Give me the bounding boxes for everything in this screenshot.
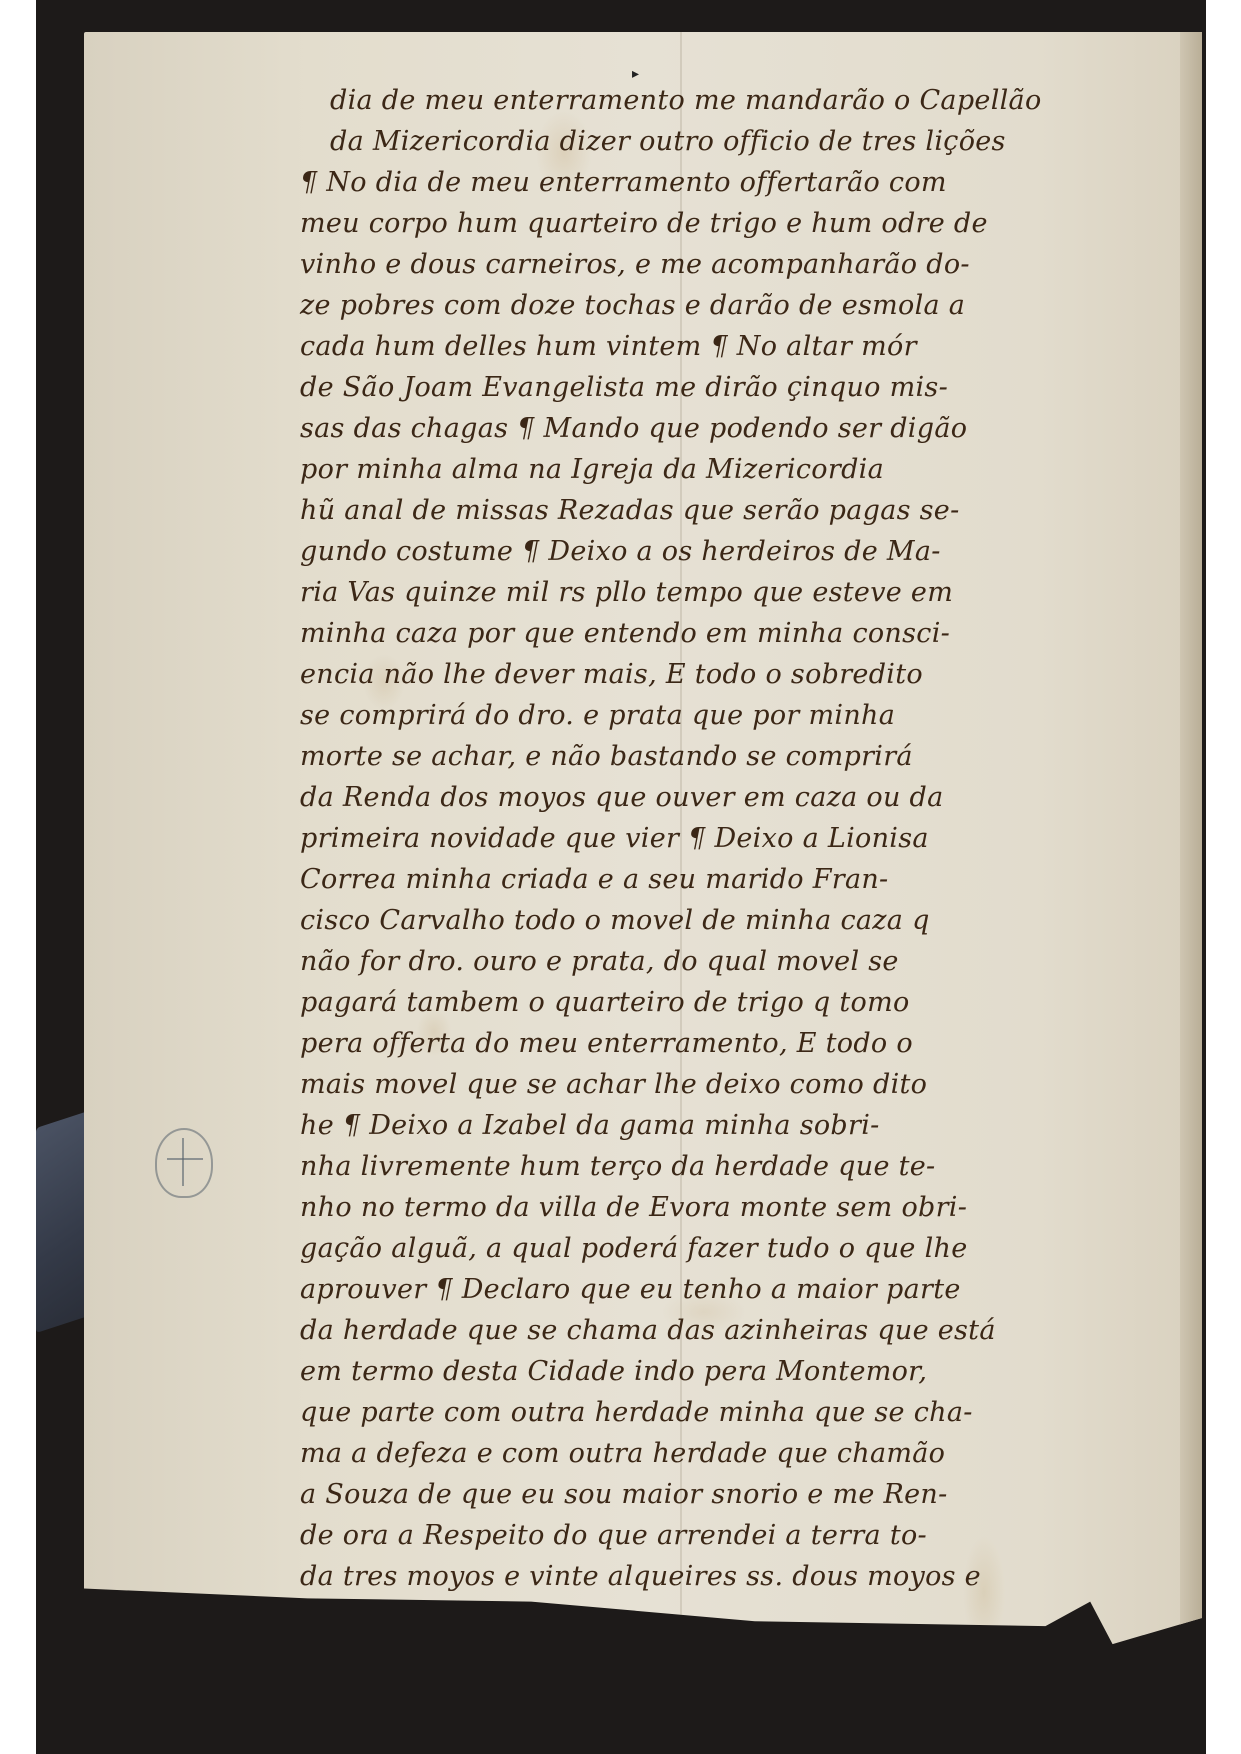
text-line: por minha alma na Igreja da Mizericordia <box>300 449 1130 490</box>
text-line: gação alguã, a qual poderá fazer tudo o … <box>300 1228 1130 1269</box>
text-line: morte se achar, e não bastando se compri… <box>300 736 1130 777</box>
text-line: nha livremente hum terço da herdade que … <box>300 1146 1130 1187</box>
text-line: cada hum delles hum vintem ¶ No altar mó… <box>300 326 1130 367</box>
text-line: que parte com outra herdade minha que se… <box>300 1392 1130 1433</box>
text-line: gundo costume ¶ Deixo a os herdeiros de … <box>300 531 1130 572</box>
circled-cross-stamp-icon <box>155 1128 213 1198</box>
text-line: ma a defeza e com outra herdade que cham… <box>300 1433 1130 1474</box>
text-line: da herdade que se chama das azinheiras q… <box>300 1310 1130 1351</box>
text-line: em termo desta Cidade indo pera Montemor… <box>300 1351 1130 1392</box>
text-line: nho no termo da villa de Evora monte sem… <box>300 1187 1130 1228</box>
text-line: hũ anal de missas Rezadas que serão paga… <box>300 490 1130 531</box>
text-line: pagará tambem o quarteiro de trigo q tom… <box>300 982 1130 1023</box>
text-line: mais movel que se achar lhe deixo como d… <box>300 1064 1130 1105</box>
text-line: ze pobres com doze tochas e darão de esm… <box>300 285 1130 326</box>
text-line: a Souza de que eu sou maior snorio e me … <box>300 1474 1130 1515</box>
text-line: da tres moyos e vinte alqueires ss. dous… <box>300 1556 1130 1597</box>
text-line: da Mizericordia dizer outro officio de t… <box>330 121 1130 162</box>
text-line: aprouver ¶ Declaro que eu tenho a maior … <box>300 1269 1130 1310</box>
text-line: ria Vas quinze mil rs pllo tempo que est… <box>300 572 1130 613</box>
text-line: he ¶ Deixo a Izabel da gama minha sobri- <box>300 1105 1130 1146</box>
text-line: de ora a Respeito do que arrendei a terr… <box>300 1515 1130 1556</box>
page-edge <box>1180 32 1202 1667</box>
text-line: se comprirá do dro. e prata que por minh… <box>300 695 1130 736</box>
text-line: cisco Carvalho todo o movel de minha caz… <box>300 900 1130 941</box>
text-line: encia não lhe dever mais, E todo o sobre… <box>300 654 1130 695</box>
text-line: dia de meu enterramento me mandarão o Ca… <box>330 80 1130 121</box>
text-line: Correa minha criada e a seu marido Fran- <box>300 859 1130 900</box>
text-line: vinho e dous carneiros, e me acompanharã… <box>300 244 1130 285</box>
text-line: ¶ No dia de meu enterramento offertarão … <box>300 162 1130 203</box>
text-line: sas das chagas ¶ Mando que podendo ser d… <box>300 408 1130 449</box>
text-line: de São Joam Evangelista me dirão çinquo … <box>300 367 1130 408</box>
text-line: meu corpo hum quarteiro de trigo e hum o… <box>300 203 1130 244</box>
text-line: não for dro. ouro e prata, do qual movel… <box>300 941 1130 982</box>
text-line: minha caza por que entendo em minha cons… <box>300 613 1130 654</box>
text-line: pera offerta do meu enterramento, E todo… <box>300 1023 1130 1064</box>
text-line: primeira novidade que vier ¶ Deixo a Lio… <box>300 818 1130 859</box>
manuscript-text: dia de meu enterramento me mandarão o Ca… <box>330 80 1130 1597</box>
text-line: da Renda dos moyos que ouver em caza ou … <box>300 777 1130 818</box>
